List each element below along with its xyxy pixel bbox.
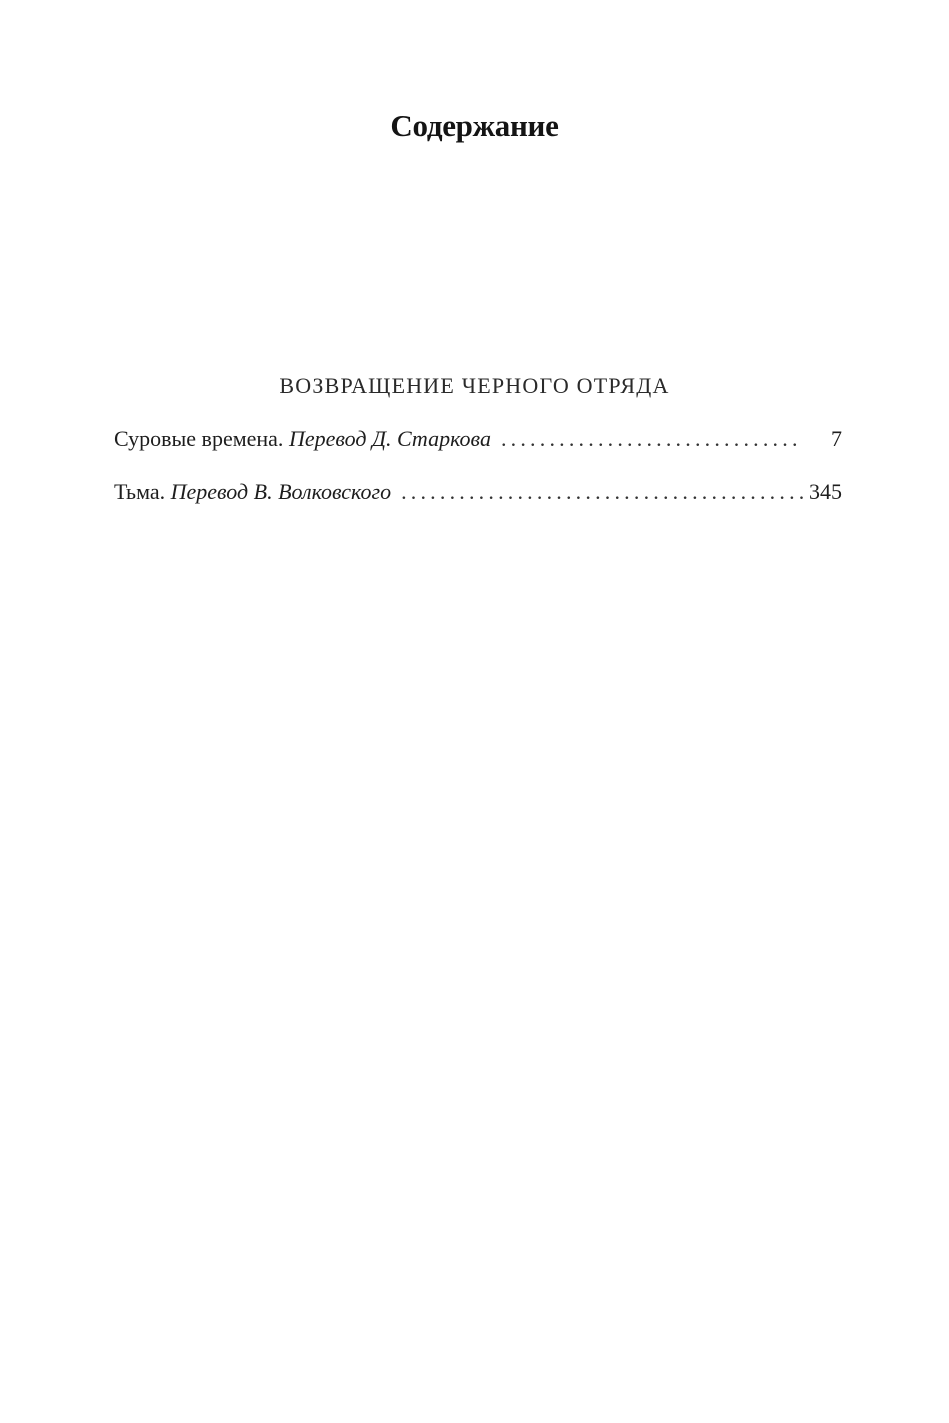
dot-leader: ........................................… [501,426,797,452]
toc-entry[interactable]: Суровые времена. Перевод Д. Старкова ...… [114,426,842,479]
toc-entry-title-group: Суровые времена. Перевод Д. Старкова [114,426,491,452]
toc-entry-title: Тьма. [114,479,165,504]
toc-entry-title: Суровые времена. [114,426,283,451]
dot-leader: ........................................… [401,479,803,505]
toc-entry-page-number: 345 [809,479,842,505]
toc-entry-title-group: Тьма. Перевод В. Волковского [114,479,391,505]
toc-entry[interactable]: Тьма. Перевод В. Волковского ...........… [114,479,842,532]
toc-entry-translator: Перевод Д. Старкова [289,426,491,451]
toc-entry-page-number: 7 [831,426,842,452]
table-of-contents: Суровые времена. Перевод Д. Старкова ...… [114,426,842,532]
toc-entry-translator: Перевод В. Волковского [171,479,391,504]
page-title: Содержание [0,108,949,144]
section-heading: ВОЗВРАЩЕНИЕ ЧЕРНОГО ОТРЯДА [0,373,949,399]
